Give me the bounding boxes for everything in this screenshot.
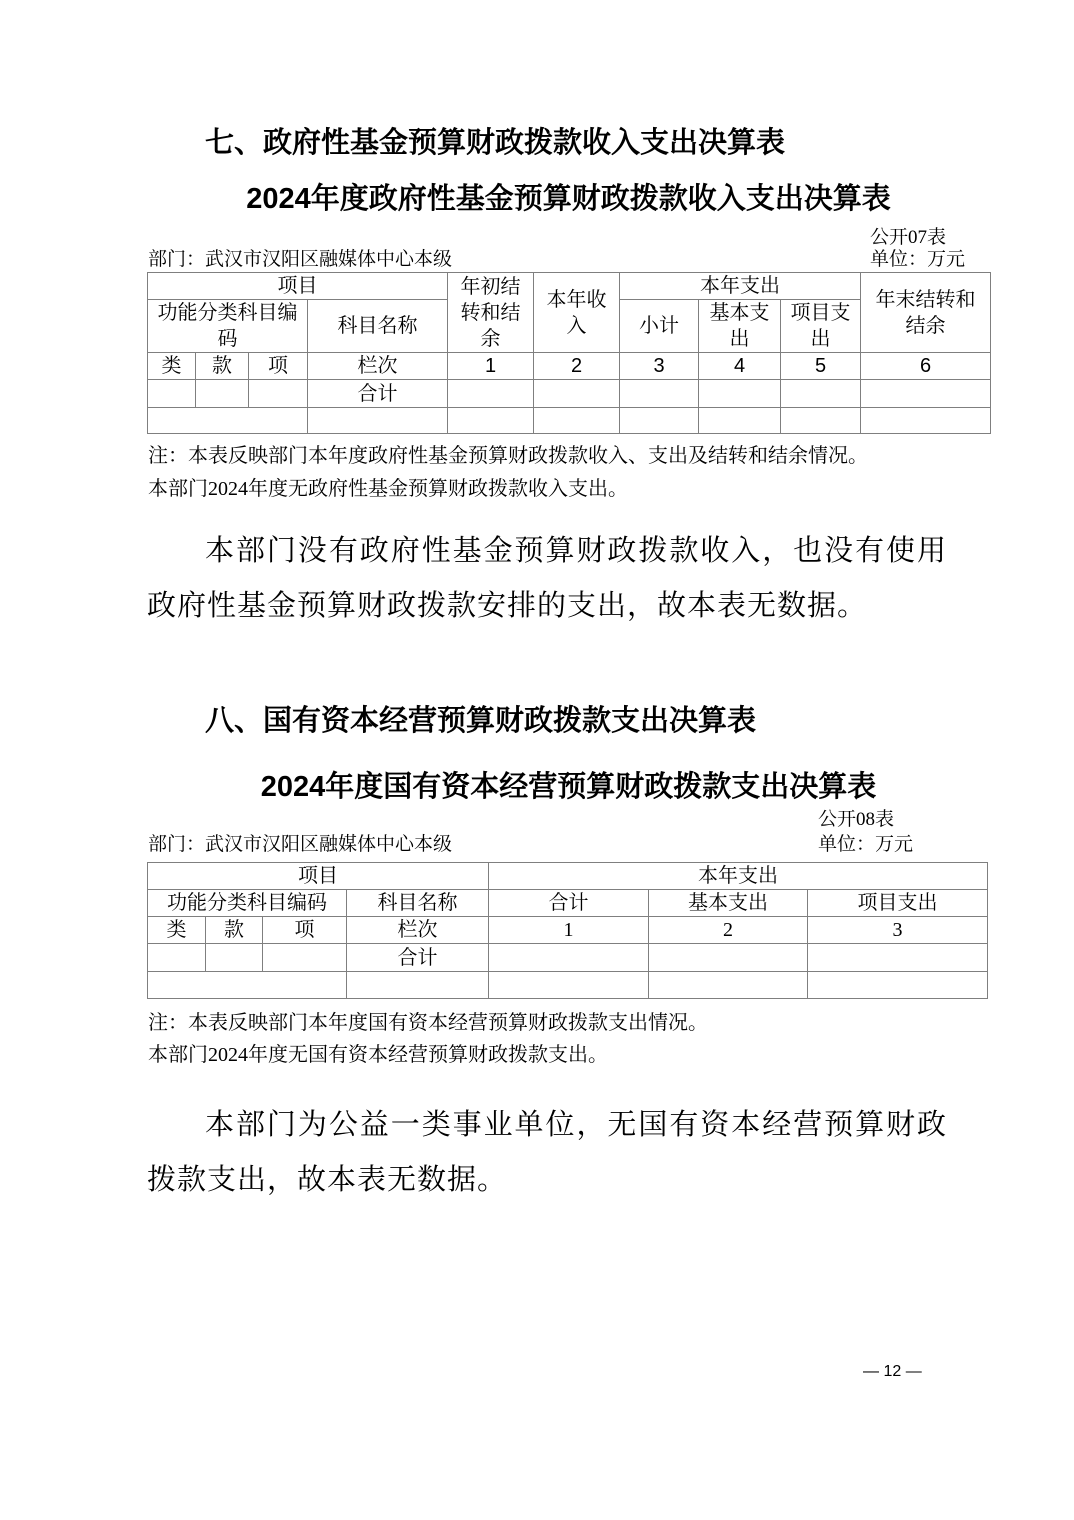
t8-empty-cell (489, 972, 649, 999)
t7-empty-cell (534, 380, 620, 408)
t8-header-expenditure: 本年支出 (489, 863, 988, 890)
section8-department-label: 部门：武汉市汉阳区融媒体中心本级 (148, 835, 452, 855)
t7-empty-cell (148, 380, 196, 408)
t7-column-number: 6 (861, 353, 991, 380)
t8-empty-cell (649, 972, 808, 999)
t7-empty-cell (781, 380, 861, 408)
t7-header-expenditure: 本年支出 (620, 273, 861, 300)
t8-header-item: 项 (263, 917, 347, 944)
t7-header-column-label: 栏次 (308, 353, 448, 380)
t7-header-income: 本年收入 (534, 273, 620, 353)
t8-empty-cell (206, 944, 263, 972)
t7-column-number: 2 (534, 353, 620, 380)
t8-header-column-label: 栏次 (347, 917, 489, 944)
t8-empty-cell (649, 944, 808, 972)
t7-header-subject-name: 科目名称 (308, 300, 448, 353)
section8-heading: 八、国有资本经营预算财政拨款支出决算表 (205, 706, 756, 736)
t7-empty-cell (699, 380, 781, 408)
t8-header-function-code: 功能分类科目编码 (148, 890, 347, 917)
t8-empty-cell (808, 972, 988, 999)
t7-empty-cell (620, 380, 699, 408)
t8-header-total: 合计 (489, 890, 649, 917)
t7-header-closing-balance: 年末结转和结余 (861, 273, 991, 353)
t7-column-number: 3 (620, 353, 699, 380)
t7-column-number: 5 (781, 353, 861, 380)
t7-empty-cell (620, 408, 699, 434)
t7-empty-cell (308, 408, 448, 434)
section7-note-line1: 注：本表反映部门本年度政府性基金预算财政拨款收入、支出及结转和结余情况。 (148, 444, 868, 468)
section7-unit-label: 单位：万元 (870, 250, 965, 270)
t7-header-subtotal: 小计 (620, 300, 699, 353)
t8-header-section: 款 (206, 917, 263, 944)
section8-note-line1: 注：本表反映部门本年度国有资本经营预算财政拨款支出情况。 (148, 1011, 708, 1035)
t8-header-project-exp: 项目支出 (808, 890, 988, 917)
t8-empty-cell (148, 944, 206, 972)
t7-empty-cell (249, 380, 308, 408)
t7-header-opening-balance: 年初结转和结余 (448, 273, 534, 353)
t8-total-row-label: 合计 (347, 944, 489, 972)
t7-empty-cell (196, 380, 249, 408)
t8-column-number: 2 (649, 917, 808, 944)
t7-column-number: 1 (448, 353, 534, 380)
t8-empty-cell (148, 972, 347, 999)
section7-public-table-label: 公开07表 (870, 228, 946, 248)
t7-empty-cell (448, 408, 534, 434)
section7-heading: 七、政府性基金预算财政拨款收入支出决算表 (205, 128, 785, 158)
section8-unit-label: 单位：万元 (818, 835, 913, 855)
section8-paragraph: 本部门为公益一类事业单位，无国有资本经营预算财政拨款支出，故本表无数据。 (147, 1098, 947, 1208)
t7-header-class: 类 (148, 353, 196, 380)
t8-header-class: 类 (148, 917, 206, 944)
t7-empty-cell (448, 380, 534, 408)
section7-department-label: 部门：武汉市汉阳区融媒体中心本级 (148, 250, 452, 270)
section8-table-title: 2024年度国有资本经营预算财政拨款支出决算表 (147, 772, 990, 803)
document-page: 七、政府性基金预算财政拨款收入支出决算表 2024年度政府性基金预算财政拨款收入… (0, 0, 1074, 1520)
t7-header-project: 项目 (148, 273, 448, 300)
t8-empty-cell (347, 972, 489, 999)
t7-empty-cell (534, 408, 620, 434)
t7-header-basic-exp: 基本支出 (699, 300, 781, 353)
t8-header-basic-exp: 基本支出 (649, 890, 808, 917)
t7-empty-cell (699, 408, 781, 434)
section7-paragraph: 本部门没有政府性基金预算财政拨款收入，也没有使用政府性基金预算财政拨款安排的支出… (147, 524, 947, 634)
t7-header-function-code: 功能分类科目编码 (148, 300, 308, 353)
gov-fund-budget-table: 项目 年初结转和结余 本年收入 本年支出 年末结转和结余 功能分类科目编码 科目… (147, 272, 991, 434)
t8-empty-cell (263, 944, 347, 972)
t7-empty-cell (781, 408, 861, 434)
t7-empty-cell (861, 408, 991, 434)
t8-header-subject-name: 科目名称 (347, 890, 489, 917)
t8-empty-cell (808, 944, 988, 972)
t8-column-number: 1 (489, 917, 649, 944)
t7-empty-cell (148, 408, 308, 434)
t7-header-section: 款 (196, 353, 249, 380)
t7-empty-cell (861, 380, 991, 408)
section7-table-title: 2024年度政府性基金预算财政拨款收入支出决算表 (147, 184, 990, 215)
t7-header-item: 项 (249, 353, 308, 380)
section8-public-table-label: 公开08表 (818, 810, 894, 830)
t8-header-project: 项目 (148, 863, 489, 890)
t7-header-project-exp: 项目支出 (781, 300, 861, 353)
t8-column-number: 3 (808, 917, 988, 944)
t7-column-number: 4 (699, 353, 781, 380)
section8-note-line2: 本部门2024年度无国有资本经营预算财政拨款支出。 (148, 1043, 608, 1067)
section7-note-line2: 本部门2024年度无政府性基金预算财政拨款收入支出。 (148, 477, 628, 501)
t7-total-row-label: 合计 (308, 380, 448, 408)
page-number: — 12 — (863, 1362, 922, 1382)
t8-empty-cell (489, 944, 649, 972)
state-capital-budget-table: 项目 本年支出 功能分类科目编码 科目名称 合计 基本支出 项目支出 类 款 项… (147, 862, 988, 999)
